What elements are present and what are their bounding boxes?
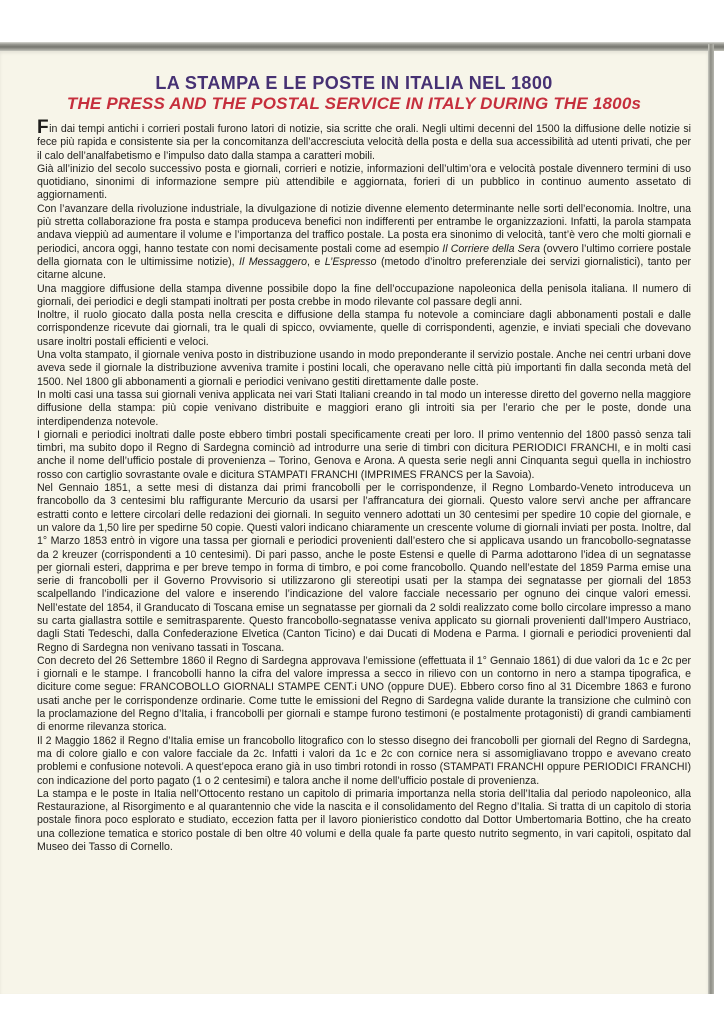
text-run: Con decreto del 26 Settembre 1860 il Reg… xyxy=(37,655,691,733)
album-sleeve-right-edge xyxy=(708,44,714,994)
paragraph: Fin dai tempi antichi i corrieri postali… xyxy=(37,123,691,163)
text-run: Già all’inizio del secolo successivo pos… xyxy=(37,163,691,202)
text-run: Una volta stampato, il giornale veniva p… xyxy=(37,349,691,388)
paragraph: Con decreto del 26 Settembre 1860 il Reg… xyxy=(37,655,691,735)
paragraph: Inoltre, il ruolo giocato dalla posta ne… xyxy=(37,309,691,349)
text-run: Il 2 Maggio 1862 il Regno d’Italia emise… xyxy=(37,735,691,787)
text-run: In molti casi una tassa sui giornali ven… xyxy=(37,389,691,428)
text-run: Nel Gennaio 1851, a sette mesi di distan… xyxy=(37,482,691,654)
text-run: La stampa e le poste in Italia nell’Otto… xyxy=(37,788,691,853)
paragraph: Nel Gennaio 1851, a sette mesi di distan… xyxy=(37,482,691,655)
paragraph: In molti casi una tassa sui giornali ven… xyxy=(37,389,691,429)
paragraph: Il 2 Maggio 1862 il Regno d’Italia emise… xyxy=(37,735,691,788)
article-body: Fin dai tempi antichi i corrieri postali… xyxy=(0,114,708,854)
document-page: LA STAMPA E LE POSTE IN ITALIA NEL 1800 … xyxy=(0,51,708,994)
text-run: Una maggiore diffusione della stampa div… xyxy=(37,283,691,308)
text-run: I giornali e periodici inoltrati dalle p… xyxy=(37,429,691,481)
italic-text-run: L’Espresso xyxy=(325,256,377,268)
paragraph: Con l’avanzare della rivoluzione industr… xyxy=(37,203,691,283)
paragraph: Già all’inizio del secolo successivo pos… xyxy=(37,163,691,203)
page-title-italian: LA STAMPA E LE POSTE IN ITALIA NEL 1800 xyxy=(0,73,708,93)
dropcap-letter: F xyxy=(37,117,49,138)
text-run: in dai tempi antichi i corrieri postali … xyxy=(37,123,691,162)
scanned-album-sheet: LA STAMPA E LE POSTE IN ITALIA NEL 1800 … xyxy=(0,0,724,1024)
paragraph: I giornali e periodici inoltrati dalle p… xyxy=(37,429,691,482)
album-sleeve-top-edge xyxy=(0,42,724,51)
italic-text-run: Il Messaggero xyxy=(239,256,307,268)
page-title-english: THE PRESS AND THE POSTAL SERVICE IN ITAL… xyxy=(0,94,708,114)
paragraph: Una maggiore diffusione della stampa div… xyxy=(37,283,691,310)
paragraph: La stampa e le poste in Italia nell’Otto… xyxy=(37,788,691,854)
text-run: Inoltre, il ruolo giocato dalla posta ne… xyxy=(37,309,691,348)
italic-text-run: Il Corriere della Sera xyxy=(442,243,540,255)
text-run: , e xyxy=(307,256,325,268)
article-header: LA STAMPA E LE POSTE IN ITALIA NEL 1800 … xyxy=(0,51,708,114)
paragraph: Una volta stampato, il giornale veniva p… xyxy=(37,349,691,389)
